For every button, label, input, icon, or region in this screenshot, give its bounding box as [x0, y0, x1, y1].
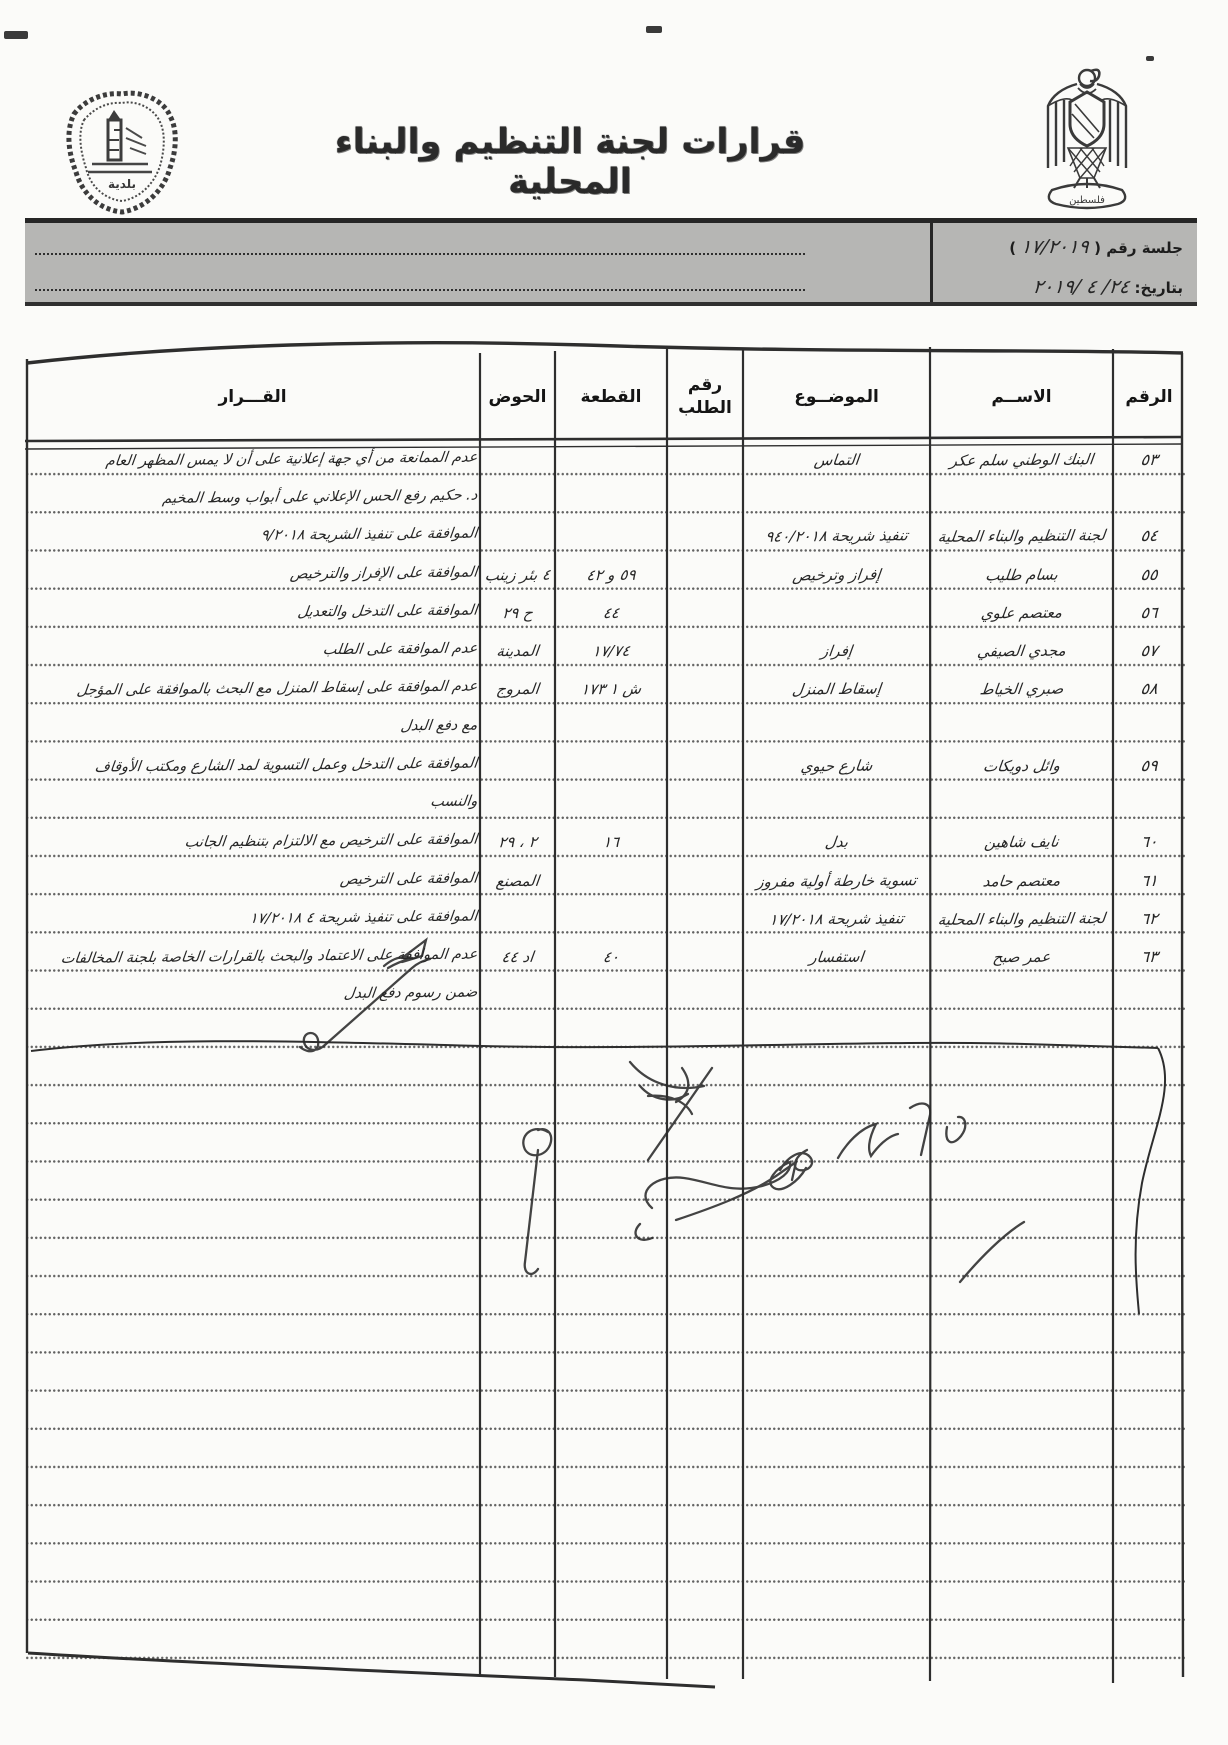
row-57-subject: إفراز: [741, 636, 932, 668]
row-59-name: وائل دويكات: [928, 751, 1115, 783]
session-info-block: جلسة رقم ( ١٧/٢٠١٩ ) بتاريخ: ٢٤/ ٤ /٢٠١٩: [930, 223, 1197, 302]
row-62-number: ٦٢: [1111, 905, 1186, 936]
row-57-number: ٥٧: [1111, 637, 1186, 668]
row-53-name: البنك الوطني سلم عكر: [928, 445, 1115, 477]
row-61-name: معتصم حامد: [928, 866, 1115, 898]
row-60-number: ٦٠: [1111, 828, 1186, 859]
municipality-seal: بلدية: [52, 86, 192, 228]
row-57-basin: المدينة: [478, 637, 556, 668]
row-61-basin: المصنع: [478, 867, 556, 898]
row-60-plot: ١٦: [553, 827, 669, 858]
seal-text: بلدية: [108, 177, 136, 191]
row-63-basin: اد ٤٤: [478, 943, 556, 974]
col-header-number: الرقم: [1113, 365, 1185, 429]
col-header-name: الاســم: [930, 365, 1113, 429]
row-59-number: ٥٩: [1111, 752, 1186, 783]
col-header-subject: الموضــوع: [743, 365, 930, 429]
row-57-plot: ١٧/٧٤: [553, 636, 669, 667]
row-56-plot: ٤٤: [553, 598, 669, 629]
row-59-decision: الموافقة على التدخل وعمل التسوية لمد الش…: [5, 750, 479, 785]
row-55-basin: ٤ بئر زينب: [478, 561, 556, 592]
row-53-subject: التماس: [741, 445, 932, 477]
row-63-subject: استفسار: [741, 942, 932, 974]
row-55-decision: الموافقة على الإفراز والترخيص: [5, 559, 479, 594]
row-61-decision: الموافقة على الترخيص: [5, 865, 479, 900]
col-header-basin: الحوض: [480, 365, 555, 429]
row-58-basin: المروج: [478, 675, 556, 706]
palestine-eagle-emblem: فلسطين: [1028, 62, 1146, 218]
row-60-name: نايف شاهين: [928, 827, 1115, 859]
row-56-name: معتصم علوي: [928, 598, 1115, 630]
col-header-plot: القطعة: [555, 365, 667, 429]
scan-speck: [4, 31, 28, 39]
band-dotted-line: [35, 289, 805, 291]
row-58-number: ٥٨: [1111, 675, 1186, 706]
row-61-number: ٦١: [1111, 867, 1186, 898]
row-58-subject: إسقاط المنزل: [741, 674, 932, 706]
row-58-name: صبري الخياط: [928, 674, 1115, 706]
row-57-decision: عدم الموافقة على الطلب: [5, 635, 479, 670]
row-53-decision: عدم الممانعة من أي جهة إعلانية على أن لا…: [5, 444, 479, 479]
row-53-number: ٥٣: [1111, 446, 1186, 477]
session-number-value: ١٧/٢٠١٩: [1018, 227, 1091, 267]
session-number-close: ): [1009, 239, 1016, 257]
scan-speck: [1146, 56, 1154, 61]
row-57-name: مجدي الصيفي: [928, 636, 1115, 668]
session-date-line: بتاريخ: ٢٤/ ٤ /٢٠١٩: [937, 267, 1183, 307]
band-dotted-line: [35, 253, 805, 255]
row-55-subject: إفراز وترخيص: [741, 560, 932, 592]
row-63-number: ٦٣: [1111, 943, 1186, 974]
row-58-decision: عدم الموافقة على إسقاط المنزل مع البحث ب…: [5, 673, 479, 708]
row-55-number: ٥٥: [1111, 561, 1186, 592]
session-number-line: جلسة رقم ( ١٧/٢٠١٩ ): [937, 227, 1183, 267]
row-62-subject: تنفيذ شريحة ١٧/٢٠١٨: [741, 904, 932, 936]
row-55-plot: ٥٩ و ٤٢: [553, 560, 669, 591]
row-56-basin: ح ٢٩: [478, 599, 556, 630]
session-date-value: ٢٤/ ٤ /٢٠١٩: [1030, 267, 1132, 307]
scan-speck: [646, 26, 662, 33]
row-59-subject: شارع حيوي: [741, 751, 932, 783]
row-60-decision: الموافقة على الترخيص مع الالتزام بتنظيم …: [5, 826, 479, 861]
row-63-decision: عدم الموافقة على الاعتماد والبحث بالقرار…: [5, 941, 479, 976]
row-63-name: عمر صبح: [928, 942, 1115, 974]
eagle-banner-text: فلسطين: [1069, 195, 1105, 206]
row-63-plot: ٤٠: [553, 942, 669, 973]
row-54-decision: الموافقة على تنفيذ الشريحة ٩/٢٠١٨: [5, 520, 479, 555]
session-number-label: جلسة رقم (: [1094, 239, 1183, 257]
row-59-decision: والنسب: [5, 788, 479, 823]
row-54-subject: تنفيذ شريحة ٩٤٠/٢٠١٨: [741, 521, 932, 553]
scanned-document-page: بلدية قرارات لجنة التنظيم والبناء المحلي…: [0, 0, 1228, 1745]
session-date-label: بتاريخ:: [1135, 279, 1183, 297]
row-63-decision: ضمن رسوم دفع البدل: [5, 979, 479, 1014]
col-header-decision: القـــرار: [25, 365, 480, 429]
row-56-number: ٥٦: [1111, 599, 1186, 630]
row-61-subject: تسوية خارطة أولية مفروز: [741, 866, 932, 898]
row-54-name: لجنة التنظيم والبناء المحلية: [928, 521, 1115, 553]
row-53-decision: د. حكيم رفع الحس الإعلاني على أبواب وسط …: [5, 482, 479, 517]
row-58-decision: مع دفع البدل: [5, 712, 479, 747]
page-title: قرارات لجنة التنظيم والبناء المحلية: [320, 122, 820, 202]
row-58-plot: ش ١ ١٧٣: [553, 674, 669, 705]
row-62-decision: الموافقة على تنفيذ شريحة ٤ ١٧/٢٠١٨: [5, 903, 479, 938]
col-header-request-no: رقم الطلب: [671, 365, 739, 429]
row-62-name: لجنة التنظيم والبناء المحلية: [928, 904, 1115, 936]
row-55-name: بسام طليب: [928, 560, 1115, 592]
row-60-basin: ٢ ، ٢٩: [478, 828, 556, 859]
decisions-table: الرقم الاســم الموضــوع رقم الطلب القطعة…: [25, 337, 1185, 1697]
row-54-number: ٥٤: [1111, 522, 1186, 553]
row-60-subject: بدل: [741, 827, 932, 859]
row-56-decision: الموافقة على التدخل والتعديل: [5, 597, 479, 632]
session-band: جلسة رقم ( ١٧/٢٠١٩ ) بتاريخ: ٢٤/ ٤ /٢٠١٩: [25, 218, 1197, 306]
